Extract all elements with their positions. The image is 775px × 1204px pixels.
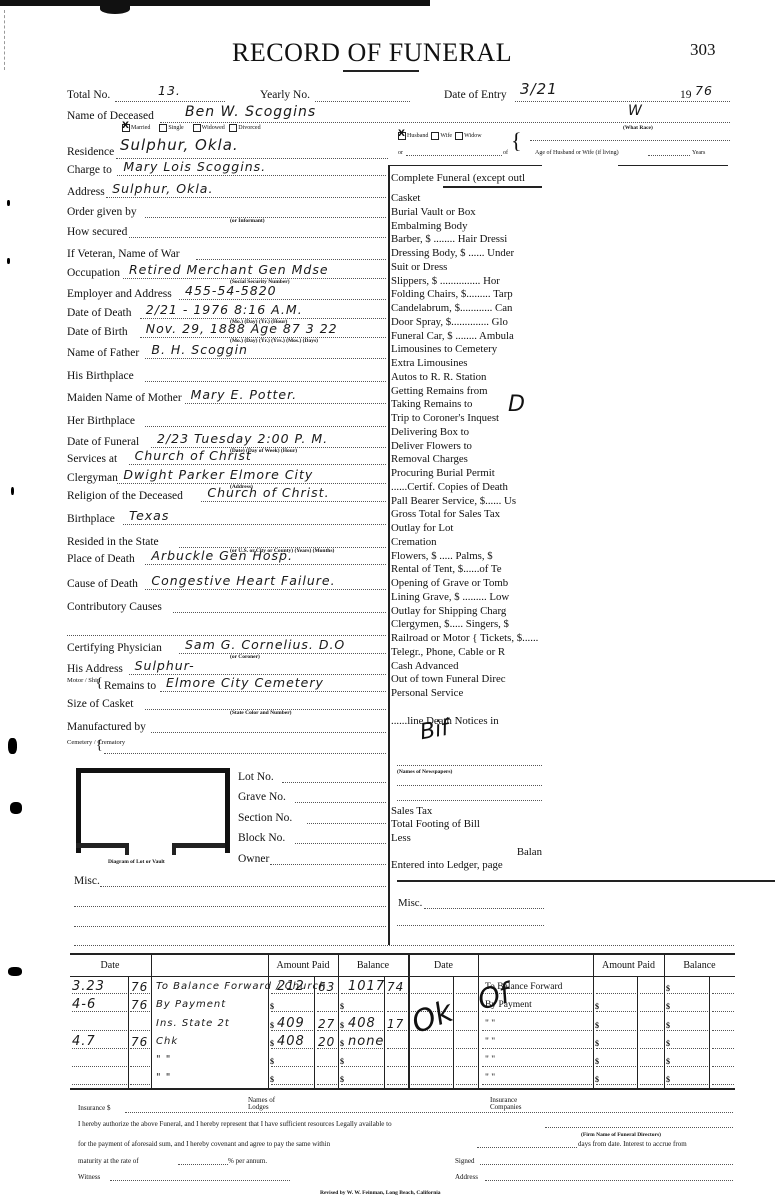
lot-field-label: Owner xyxy=(238,852,269,866)
ledger-line xyxy=(271,1084,313,1085)
name-of-deceased-label: Name of Deceased xyxy=(67,109,154,123)
ledger-page-item: Entered into Ledger, page xyxy=(391,859,542,872)
ledger-line xyxy=(456,1048,477,1049)
firm-name-line xyxy=(545,1127,733,1128)
checkbox-widowed[interactable]: Widowed xyxy=(193,125,225,131)
authorization-line-3-end: % per annum. xyxy=(228,1158,267,1165)
ledger-amount-paid[interactable]: 409 xyxy=(277,1017,305,1031)
charge-item: Outlay for Shipping Charg xyxy=(391,605,542,618)
currency-symbol: $ xyxy=(270,1058,274,1065)
ledger-line xyxy=(317,1011,337,1012)
date-of-entry-line xyxy=(515,101,730,102)
lot-diagram-box xyxy=(76,768,230,853)
ledger-col-line xyxy=(478,955,479,1088)
companies-label: Insurance Companies xyxy=(490,1097,538,1111)
field-value[interactable]: Sulphur- xyxy=(135,659,195,673)
ledger-line xyxy=(667,1066,708,1067)
field-label: Contributory Causes xyxy=(67,600,162,614)
charge-item: Casket xyxy=(391,192,542,205)
ledger-line xyxy=(130,1084,150,1085)
charge-item: Cremation xyxy=(391,536,542,549)
ledger-description[interactable]: By Payment xyxy=(156,998,226,1012)
ledger-line xyxy=(596,1030,636,1031)
authorization-line-1: I hereby authorize the above Funeral, an… xyxy=(78,1121,392,1128)
sales-tax-item: Sales Tax xyxy=(391,805,542,818)
ledger-line xyxy=(387,1084,407,1085)
field-line xyxy=(145,381,386,382)
race-caption: (What Race) xyxy=(623,125,653,132)
lot-diagram-bottom-left xyxy=(76,843,129,848)
date-of-entry-label: Date of Entry xyxy=(444,88,507,102)
currency-symbol: $ xyxy=(666,1003,670,1010)
right-misc-line xyxy=(397,925,544,926)
ledger-line xyxy=(640,1030,663,1031)
field-value[interactable]: Mary E. Potter. xyxy=(191,388,297,402)
page-number: 303 xyxy=(690,40,716,60)
field-label: Date of Birth xyxy=(67,325,128,339)
field-line xyxy=(145,564,386,565)
ledger-year[interactable]: 76 xyxy=(131,1035,148,1049)
marital-status-group: Married Single Widowed Divorced xyxy=(122,124,261,132)
binding-hole-mark xyxy=(7,200,10,206)
charge-item: Rental of Tent, $......of Te xyxy=(391,563,542,576)
field-label: Cause of Death xyxy=(67,577,138,591)
field-value[interactable]: Texas xyxy=(129,509,169,523)
ledger-line xyxy=(482,1048,592,1049)
witness-label: Witness xyxy=(78,1174,100,1181)
field-value[interactable]: Arbuckle Gen Hosp. xyxy=(151,549,293,563)
field-line xyxy=(201,501,386,502)
ledger-line xyxy=(130,1066,150,1067)
charge-item: Telegr., Phone, Cable or R xyxy=(391,646,542,659)
binding-hole-mark xyxy=(7,258,10,264)
binding-hole-mark xyxy=(8,738,17,754)
ledger-line xyxy=(596,1066,636,1067)
charge-item: Railroad or Motor { Tickets, $...... xyxy=(391,632,542,645)
charge-item: Funeral Car, $ ........ Ambula xyxy=(391,330,542,343)
field-label: Occupation xyxy=(67,266,120,280)
ledger-line xyxy=(482,1030,592,1031)
binding-hole-mark xyxy=(11,487,14,495)
field-value[interactable]: Church of Christ xyxy=(135,449,252,463)
ledger-line xyxy=(712,993,734,994)
ledger-description[interactable]: Chk xyxy=(156,1035,178,1049)
charge-item: Removal Charges xyxy=(391,453,542,466)
ledger-year[interactable]: 76 xyxy=(131,980,148,994)
column-divider xyxy=(388,165,390,945)
currency-symbol: $ xyxy=(595,1040,599,1047)
ledger-line xyxy=(712,1048,734,1049)
ledger-line xyxy=(640,1084,663,1085)
ledger-line xyxy=(456,1030,477,1031)
title-underline xyxy=(343,70,419,72)
ledger-header-date: Date xyxy=(70,960,150,971)
left-misc-line xyxy=(74,926,386,927)
scan-top-edge-notch xyxy=(100,4,130,14)
left-misc-line xyxy=(100,886,386,887)
date-of-entry-value[interactable]: 3/21 xyxy=(520,82,558,96)
checkbox-divorced[interactable]: Divorced xyxy=(229,125,260,131)
ledger-line xyxy=(712,1066,734,1067)
ledger-right-description: " " xyxy=(485,1071,495,1085)
field-label: Religion of the Deceased xyxy=(67,489,183,503)
field-line xyxy=(145,426,386,427)
firm-caption: (Firm Name of Funeral Directors) xyxy=(581,1132,661,1139)
field-value[interactable]: Mary Lois Scoggins. xyxy=(123,160,266,174)
ledger-line xyxy=(317,1066,337,1067)
signed-label: Signed xyxy=(455,1158,474,1165)
newspaper-line xyxy=(397,800,542,801)
binding-hole-mark xyxy=(10,802,22,814)
ledger-line xyxy=(482,1066,592,1067)
charge-item: ......line Death Notices in xyxy=(391,715,542,728)
charge-item: Suit or Dress xyxy=(391,261,542,274)
newspaper-line xyxy=(397,785,542,786)
signed-line xyxy=(480,1164,733,1165)
charge-item: Lining Grave, $ ......... Low xyxy=(391,591,542,604)
ledger-line xyxy=(640,1048,663,1049)
lot-field-line xyxy=(282,782,386,783)
checkbox-wife[interactable]: Wife xyxy=(431,133,452,139)
brace-icon: { xyxy=(511,130,522,152)
ledger-line xyxy=(387,1066,407,1067)
ledger-line xyxy=(411,1084,452,1085)
year-prefix: 19 xyxy=(680,88,692,102)
ledger-line xyxy=(456,1066,477,1067)
newspaper-line xyxy=(397,765,542,766)
field-value[interactable]: Nov. 29, 1888 Age 87 3 22 xyxy=(146,322,338,336)
year-value[interactable]: 76 xyxy=(695,84,713,98)
charge-item: Clergymen, $..... Singers, $ xyxy=(391,618,542,631)
ledger-line xyxy=(341,1066,383,1067)
ledger-top-rule xyxy=(70,953,735,955)
charge-item: Autos to R. R. Station xyxy=(391,371,542,384)
footer-address-line xyxy=(485,1180,733,1181)
lodges-label: Names of Lodges xyxy=(248,1097,288,1111)
field-label: Charge to xyxy=(67,163,112,177)
lot-field-label: Lot No. xyxy=(238,770,274,784)
less-item: Less xyxy=(391,832,542,845)
ledger-date[interactable]: 3.23 xyxy=(72,980,105,994)
charge-item: Outlay for Lot xyxy=(391,522,542,535)
field-value[interactable]: 455-54-5820 xyxy=(185,284,277,298)
charge-item: Procuring Burial Permit xyxy=(391,467,542,480)
spouse-status-group: Husband Wife Widow xyxy=(398,132,482,140)
insurance-label: Insurance $ xyxy=(78,1105,110,1112)
ledger-amount-paid-cents[interactable]: 20 xyxy=(318,1035,335,1049)
of-label: of xyxy=(503,150,508,157)
field-label: His Address xyxy=(67,662,123,676)
currency-symbol: $ xyxy=(340,1040,344,1047)
age-spouse-line xyxy=(648,155,690,156)
charge-item: Candelabrum, $............ Can xyxy=(391,302,542,315)
lot-diagram-caption: Diagram of Lot or Vault xyxy=(108,859,165,866)
field-label: Name of Father xyxy=(67,346,139,360)
charges-heading: Complete Funeral (except outl xyxy=(391,172,542,185)
ledger-line xyxy=(667,1030,708,1031)
charge-item: Flowers, $ ..... Palms, $ xyxy=(391,550,542,563)
charge-item: Door Spray, $.............. Glo xyxy=(391,316,542,329)
lot-field-label: Section No. xyxy=(238,811,292,825)
authorization-line-3: maturity at the rate of xyxy=(78,1158,139,1165)
days-line xyxy=(477,1147,577,1148)
charge-item: Embalming Body xyxy=(391,220,542,233)
ledger-line xyxy=(712,1030,734,1031)
ledger-line xyxy=(271,1066,313,1067)
ledger-line xyxy=(72,1066,127,1067)
currency-symbol: $ xyxy=(666,1076,670,1083)
field-label: Date of Death xyxy=(67,306,132,320)
ledger-description[interactable]: " " xyxy=(156,1071,171,1085)
heading-underline xyxy=(443,186,542,188)
years-label: Years xyxy=(692,150,705,157)
ledger-line xyxy=(271,1011,313,1012)
lot-field-line xyxy=(295,802,386,803)
total-footing-item: Total Footing of Bill xyxy=(391,818,542,831)
revised-by-credit: Revised by W. W. Feinman, Long Beach, Ca… xyxy=(320,1190,441,1197)
currency-symbol: $ xyxy=(340,1003,344,1010)
charge-item: Pall Bearer Service, $...... Us xyxy=(391,495,542,508)
ledger-col-line xyxy=(453,976,454,1088)
field-line xyxy=(67,635,386,636)
charge-item: Dressing Body, $ ...... Under xyxy=(391,247,542,260)
field-label: Address xyxy=(67,185,105,199)
ledger-header-balance: Balance xyxy=(338,960,408,971)
currency-symbol: $ xyxy=(270,1022,274,1029)
field-line xyxy=(117,175,386,176)
field-label: Place of Death xyxy=(67,552,135,566)
newspapers-caption: (Names of Newspapers) xyxy=(397,769,452,776)
field-label: His Birthplace xyxy=(67,369,134,383)
ledger-amount-paid[interactable]: 212 xyxy=(277,980,305,994)
currency-symbol: $ xyxy=(340,1076,344,1083)
ledger-line xyxy=(640,1011,663,1012)
field-line xyxy=(151,732,386,733)
checkbox-single[interactable]: Single xyxy=(159,125,183,131)
name-line xyxy=(160,122,730,123)
total-no-value[interactable]: 13. xyxy=(158,84,181,98)
scan-left-edge xyxy=(4,10,6,70)
ledger-balance-cents[interactable]: 74 xyxy=(387,980,404,994)
ledger-line xyxy=(640,993,663,994)
field-label: Employer and Address xyxy=(67,287,172,301)
charge-item: Folding Chairs, $......... Tarp xyxy=(391,288,542,301)
field-line xyxy=(179,653,386,654)
currency-symbol: $ xyxy=(666,1022,670,1029)
field-label: Services at xyxy=(67,452,117,466)
field-line xyxy=(145,358,386,359)
checkbox-widow[interactable]: Widow xyxy=(455,133,481,139)
ledger-line xyxy=(72,1084,127,1085)
or-line xyxy=(406,155,502,156)
field-line xyxy=(173,612,386,613)
ledger-line xyxy=(387,1011,407,1012)
field-label: Date of Funeral xyxy=(67,435,139,449)
charge-item: Gross Total for Sales Tax xyxy=(391,508,542,521)
ledger-line xyxy=(456,993,477,994)
field-value[interactable]: 2/21 - 1976 8:16 A.M. xyxy=(146,303,303,317)
charge-item: ......Certif. Copies of Death xyxy=(391,481,542,494)
currency-symbol: $ xyxy=(666,1058,670,1065)
handwritten-check-mark: D xyxy=(508,392,525,417)
field-caption: (State Color and Number) xyxy=(230,710,291,717)
charge-item: Personal Service xyxy=(391,687,542,700)
field-label: Maiden Name of Mother xyxy=(67,391,182,405)
ledger-line xyxy=(667,1048,708,1049)
name-of-deceased-value[interactable]: Ben W. Scoggins xyxy=(185,105,316,119)
charge-item: Limousines to Cemetery xyxy=(391,343,542,356)
charges-top-rule-right xyxy=(618,165,728,166)
ledger-balance[interactable]: none xyxy=(348,1035,384,1049)
charge-item: Slippers, $ ............... Hor xyxy=(391,275,542,288)
balance-item: Balan xyxy=(391,846,542,859)
address-label: Address xyxy=(455,1174,478,1181)
field-value[interactable]: 2/23 Tuesday 2:00 P. M. xyxy=(157,432,328,446)
charges-top-rule xyxy=(390,165,542,166)
authorization-line-2: for the payment of aforesaid sum, and I … xyxy=(78,1141,330,1148)
ledger-year[interactable]: 76 xyxy=(131,998,148,1012)
currency-symbol: $ xyxy=(595,1058,599,1065)
checkbox-husband[interactable]: Husband xyxy=(398,133,428,139)
ledger-line xyxy=(72,1030,127,1031)
race-value[interactable]: W xyxy=(628,104,643,118)
page-title: RECORD OF FUNERAL xyxy=(232,38,512,68)
checkbox-married[interactable]: Married xyxy=(122,125,150,131)
field-label: Certifying Physician xyxy=(67,641,162,655)
ledger-line xyxy=(341,1011,383,1012)
currency-symbol: $ xyxy=(666,985,670,992)
charge-item: Extra Limousines xyxy=(391,357,542,370)
field-label: Remains to xyxy=(104,679,156,693)
field-line xyxy=(129,237,386,238)
insurance-line xyxy=(125,1112,733,1113)
field-value[interactable]: Retired Merchant Gen Mdse xyxy=(129,263,329,277)
ledger-col-line xyxy=(709,976,710,1088)
charge-item: Burial Vault or Box xyxy=(391,206,542,219)
yearly-no-label: Yearly No. xyxy=(260,88,310,102)
scan-top-edge-shadow xyxy=(0,0,430,6)
full-width-line xyxy=(74,945,734,946)
field-label: Manufactured by xyxy=(67,720,146,734)
ledger-line xyxy=(596,1011,636,1012)
field-line xyxy=(129,464,386,465)
ledger-right-description: " " xyxy=(485,1053,495,1067)
field-label: If Veteran, Name of War xyxy=(67,247,180,261)
field-value[interactable]: Elmore City Cemetery xyxy=(166,676,324,690)
binding-hole-mark xyxy=(8,967,22,976)
ledger-col-line xyxy=(408,955,410,1088)
ledger-col-line xyxy=(128,976,129,1088)
lot-field-label: Grave No. xyxy=(238,790,286,804)
charge-item: Deliver Flowers to xyxy=(391,440,542,453)
charge-item: Opening of Grave or Tomb xyxy=(391,577,542,590)
currency-symbol: $ xyxy=(595,1003,599,1010)
ledger-description[interactable]: " " xyxy=(156,1053,171,1067)
age-spouse-label: Age of Husband or Wife (if living) xyxy=(535,150,619,157)
field-line xyxy=(106,197,386,198)
field-line xyxy=(185,403,386,404)
currency-symbol: $ xyxy=(270,1003,274,1010)
charge-item: Barber, $ ........ Hair Dressi xyxy=(391,233,542,246)
charge-item: Out of town Funeral Direc xyxy=(391,673,542,686)
lot-field-label: Block No. xyxy=(238,831,285,845)
field-value[interactable]: B. H. Scoggin xyxy=(151,343,248,357)
ledger-balance-cents[interactable]: 17 xyxy=(387,1017,404,1031)
ledger-line xyxy=(456,1011,477,1012)
witness-line xyxy=(110,1180,290,1181)
charges-bottom-rule xyxy=(397,880,775,882)
authorization-line-2-end: days from date. Interest to accrue from xyxy=(578,1141,687,1148)
ledger-line xyxy=(411,1066,452,1067)
yearly-no-line xyxy=(315,101,410,102)
ledger-header-rule xyxy=(70,976,735,977)
currency-symbol: $ xyxy=(595,1076,599,1083)
ledger-line xyxy=(596,1084,636,1085)
currency-symbol: $ xyxy=(340,1022,344,1029)
ledger-description[interactable]: Ins. State 2t xyxy=(156,1017,230,1031)
field-label: Her Birthplace xyxy=(67,414,135,428)
lot-diagram-gate-left xyxy=(125,843,129,855)
currency-symbol: $ xyxy=(666,1040,670,1047)
ledger-balance[interactable]: 408 xyxy=(348,1017,376,1031)
field-value[interactable]: Church of Christ. xyxy=(207,486,329,500)
ledger-col-line xyxy=(664,955,665,1088)
field-label: Clergyman xyxy=(67,471,118,485)
total-no-line xyxy=(115,101,225,102)
ledger-line xyxy=(387,1048,407,1049)
handwritten-initials: Bif xyxy=(418,716,451,746)
ledger-date[interactable]: 4.7 xyxy=(72,1035,96,1049)
lot-diagram-gate-right xyxy=(172,843,176,855)
right-misc-line xyxy=(424,908,544,909)
ledger-line xyxy=(596,993,636,994)
field-value[interactable]: Sam G. Cornelius. D.O xyxy=(185,638,345,652)
ledger-amount-paid-cents[interactable]: 27 xyxy=(318,1017,335,1031)
ledger-header-balance-2: Balance xyxy=(664,960,735,971)
ledger-line xyxy=(456,1084,477,1085)
lot-field-line xyxy=(270,864,387,865)
ledger-right-description: " " xyxy=(485,1017,495,1031)
ledger-amount-paid[interactable]: 408 xyxy=(277,1035,305,1049)
ledger-line xyxy=(596,1048,636,1049)
field-label: How secured xyxy=(67,225,127,239)
field-caption: (or Informant) xyxy=(230,218,265,225)
field-value[interactable]: Sulphur, Okla. xyxy=(112,182,213,196)
ledger-line xyxy=(341,1084,383,1085)
spouse-line xyxy=(530,140,730,141)
ledger-balance[interactable]: 1017 xyxy=(348,980,385,994)
ledger-line xyxy=(640,1066,663,1067)
ledger-line xyxy=(712,1011,734,1012)
lot-field-line xyxy=(307,823,386,824)
lot-field-line xyxy=(295,843,386,844)
left-misc-line xyxy=(74,906,386,907)
field-line xyxy=(123,524,386,525)
field-label: Order given by xyxy=(67,205,137,219)
field-value[interactable]: Congestive Heart Failure. xyxy=(151,574,335,588)
residence-value[interactable]: Sulphur, Okla. xyxy=(120,138,239,152)
charge-item: Cash Advanced xyxy=(391,660,542,673)
field-value[interactable]: Dwight Parker Elmore City xyxy=(123,468,313,482)
field-line xyxy=(145,589,386,590)
ledger-col-line xyxy=(338,955,339,1088)
left-misc-label: Misc. xyxy=(74,874,100,888)
ledger-header-amount-paid-2: Amount Paid xyxy=(593,960,664,971)
ledger-date[interactable]: 4-6 xyxy=(72,998,96,1012)
field-caption: (or Coroner) xyxy=(230,654,260,661)
brace-icon: { xyxy=(96,676,103,692)
ledger-amount-paid-cents[interactable]: 63 xyxy=(318,980,335,994)
